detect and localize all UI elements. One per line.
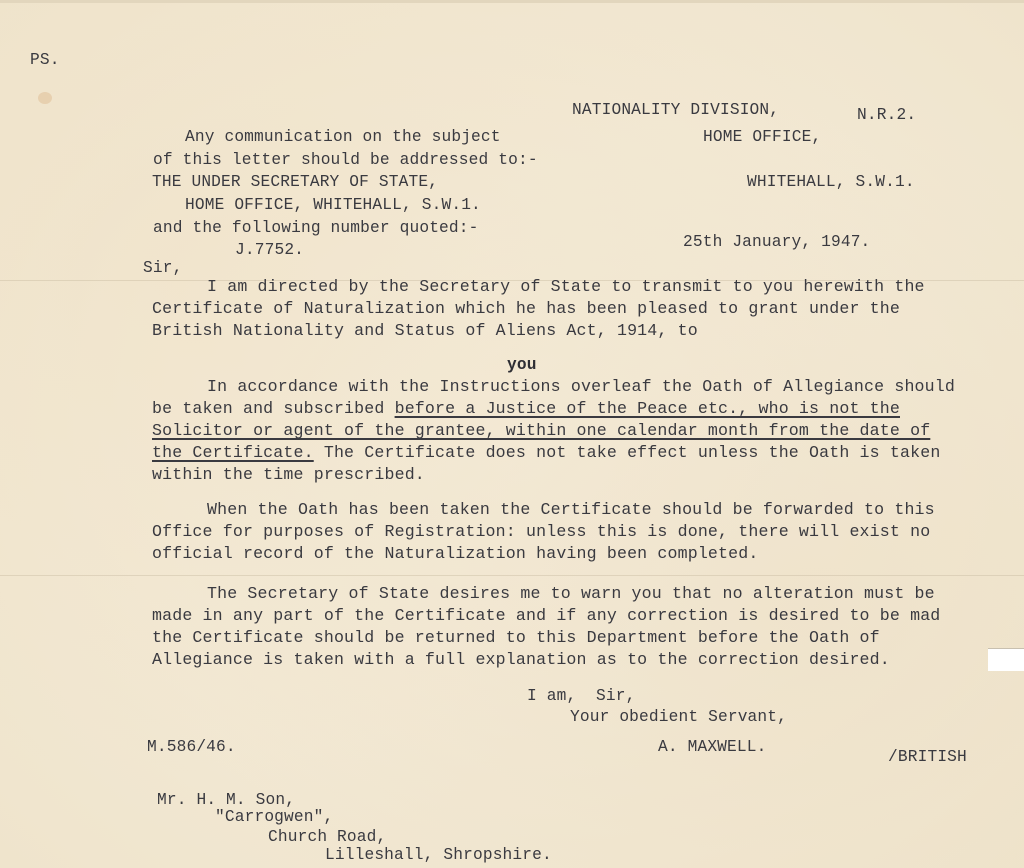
paper-top-edge bbox=[0, 0, 1024, 3]
recipient-word: you bbox=[507, 355, 537, 375]
underlined-instruction: Solicitor or agent of the grantee, withi… bbox=[152, 421, 930, 441]
paragraph2-line: the Certificate. The Certificate does no… bbox=[152, 443, 940, 463]
paragraph2-text: be taken and subscribed bbox=[152, 399, 395, 418]
recipient-house: "Carrogwen", bbox=[215, 807, 333, 827]
paragraph4-line: Allegiance is taken with a full explanat… bbox=[152, 650, 890, 670]
paragraph3-line: official record of the Naturalization ha… bbox=[152, 544, 758, 564]
salutation: Sir, bbox=[143, 258, 182, 278]
division-name: NATIONALITY DIVISION, bbox=[572, 100, 779, 120]
recipient-town: Lilleshall, Shropshire. bbox=[325, 845, 552, 865]
paragraph1-line: Certificate of Naturalization which he h… bbox=[152, 299, 900, 319]
paragraph4-line: the Certificate should be returned to th… bbox=[152, 628, 880, 648]
address-note-line: and the following number quoted:- bbox=[153, 218, 479, 238]
office-name: HOME OFFICE, bbox=[703, 127, 821, 147]
paragraph3-line: When the Oath has been taken the Certifi… bbox=[207, 500, 935, 520]
paragraph4-line: made in any part of the Certificate and … bbox=[152, 606, 940, 626]
stain-spot bbox=[38, 92, 52, 104]
paragraph2-text: The Certificate does not take effect unl… bbox=[314, 443, 941, 462]
paragraph4-line: The Secretary of State desires me to war… bbox=[207, 584, 935, 604]
address-note-line: THE UNDER SECRETARY OF STATE, bbox=[152, 172, 438, 192]
paragraph1-line: British Nationality and Status of Aliens… bbox=[152, 321, 698, 341]
letter-date: 25th January, 1947. bbox=[683, 232, 870, 252]
underlined-instruction: before a Justice of the Peace etc., who … bbox=[395, 399, 900, 418]
closing-line: I am, Sir, bbox=[527, 686, 636, 706]
paper-tear bbox=[988, 648, 1024, 671]
signature-name: A. MAXWELL. bbox=[658, 737, 767, 757]
paper-crease bbox=[0, 575, 1024, 576]
nationality-mark: /BRITISH bbox=[888, 747, 967, 767]
underlined-instruction: the Certificate. bbox=[152, 443, 314, 462]
address-note-line: HOME OFFICE, WHITEHALL, S.W.1. bbox=[185, 195, 481, 215]
file-reference: M.586/46. bbox=[147, 737, 236, 757]
office-location: WHITEHALL, S.W.1. bbox=[747, 172, 915, 192]
paragraph2-line: In accordance with the Instructions over… bbox=[207, 377, 955, 397]
recipient-street: Church Road, bbox=[268, 827, 386, 847]
paragraph3-line: Office for purposes of Registration: unl… bbox=[152, 522, 930, 542]
quote-number: J.7752. bbox=[235, 240, 304, 260]
address-note-line: Any communication on the subject bbox=[185, 127, 501, 147]
address-note-line: of this letter should be addressed to:- bbox=[153, 150, 538, 170]
paragraph2-line: be taken and subscribed before a Justice… bbox=[152, 399, 900, 419]
closing-line: Your obedient Servant, bbox=[570, 707, 787, 727]
ps-mark: PS. bbox=[30, 50, 60, 70]
reference-code: N.R.2. bbox=[857, 105, 916, 125]
paragraph1-line: I am directed by the Secretary of State … bbox=[207, 277, 925, 297]
paragraph2-line: within the time prescribed. bbox=[152, 465, 425, 485]
